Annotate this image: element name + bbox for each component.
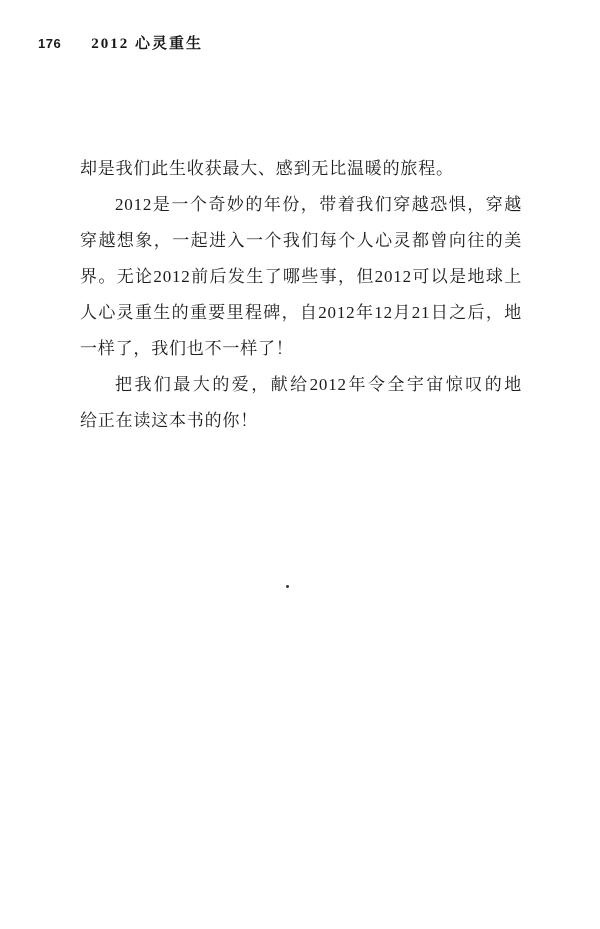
- body-text-block: 却是我们此生收获最大、感到无比温暖的旅程。 2012是一个奇妙的年份，带着我们穿…: [80, 151, 522, 439]
- body-text-line: 人心灵重生的重要里程碑，自2012年12月21日之后，地球不: [80, 295, 522, 331]
- speck-artifact: [286, 585, 289, 588]
- body-text-line: 穿越想象，一起进入一个我们每个人心灵都曾向往的美好境: [80, 223, 522, 259]
- body-text-line: 却是我们此生收获最大、感到无比温暖的旅程。: [80, 151, 522, 187]
- running-title: 2012 心灵重生: [91, 32, 203, 53]
- book-page: 176 2012 心灵重生 却是我们此生收获最大、感到无比温暖的旅程。 2012…: [0, 0, 600, 929]
- body-text-line: 一样了，我们也不一样了！: [80, 331, 522, 367]
- body-text-line: 2012是一个奇妙的年份，带着我们穿越恐惧，穿越转变，: [80, 187, 522, 223]
- body-text-line: 界。无论2012前后发生了哪些事，但2012可以是地球上每个: [80, 259, 522, 295]
- page-number: 176: [38, 36, 61, 51]
- body-text-line: 把我们最大的爱，献给2012年令全宇宙惊叹的地球，献: [80, 367, 522, 403]
- body-text-line: 给正在读这本书的你！: [80, 403, 522, 439]
- running-header: 176 2012 心灵重生: [38, 32, 203, 53]
